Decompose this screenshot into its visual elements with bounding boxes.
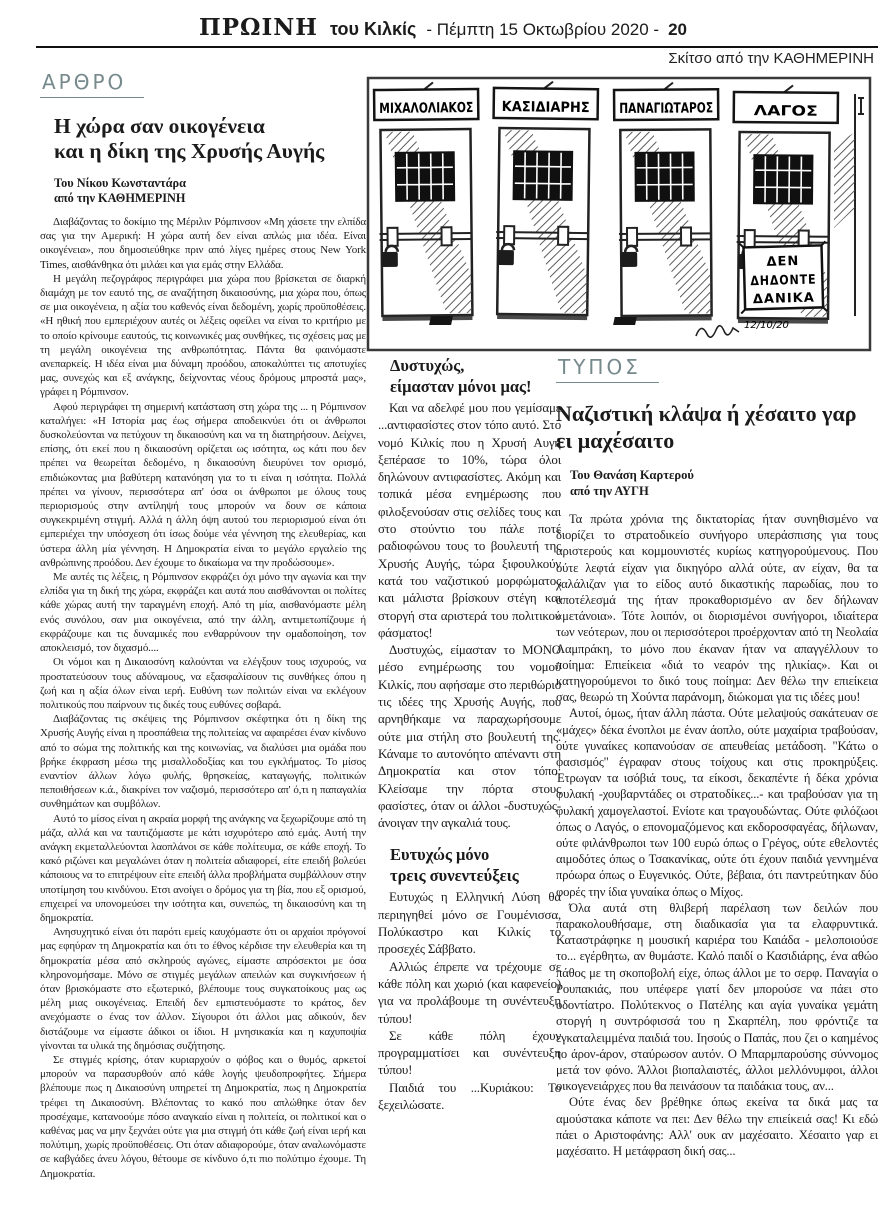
left-article-title: Η χώρα σαν οικογένεια και η δίκη της Χρυ… <box>54 114 366 164</box>
title-line: Δυστυχώς, <box>390 356 464 375</box>
article-paragraph: Παιδιά του ...Κυριάκου: Το ξεχειλώσατε. <box>378 1079 561 1114</box>
barred-window <box>753 154 813 205</box>
issue-date: - Πέμπτη 15 Οκτωβρίου 2020 - <box>426 20 659 39</box>
article-paragraph: Διαβάζοντας το δοκίμιο της Μέριλιν Ρόμπι… <box>40 215 366 272</box>
cell-door-panagiotaros: ΠΑΝΑΓΙΩΤΑΡΟΣ <box>614 82 720 321</box>
article-paragraph: Αφού περιγράφει τη σημερινή κατάσταση στ… <box>40 400 366 570</box>
title-line: ει μαχέσαιτο <box>556 428 674 453</box>
bar-bracket <box>387 228 397 246</box>
bar-bracket <box>627 228 637 246</box>
article-paragraph: Αυτό το μίσος είναι η ακραία μορφή της α… <box>40 812 366 926</box>
padlock-icon <box>382 252 398 267</box>
right-article-body: Τα πρώτα χρόνια της δικτατορίας ήταν συν… <box>556 511 878 1159</box>
article-paragraph: Και να αδελφέ μου που γεμίσαμε ...αντιφα… <box>378 399 561 641</box>
title-line: και η δίκη της Χρυσής Αυγής <box>54 139 324 163</box>
right-article-title: Ναζιστική κλάψα ή χέσαιτο γαρ ει μαχέσαι… <box>556 401 878 454</box>
article-paragraph: Σε κάθε πόλη έχουν προγραμματίσει και συ… <box>378 1027 561 1079</box>
barred-window <box>395 151 456 202</box>
title-line: είμασταν μόνοι μας! <box>390 377 532 396</box>
door-sign: ΔΕΝ ΔΗΔΟΝΤΕ ΔΑΝΙΚΑ <box>739 241 827 313</box>
padlock-icon <box>498 250 514 265</box>
editorial-cartoon: ΜΙΧΑΛΟΛΙΑΚΟΣ ΚΑΣΙΔΙΑΡΗΣ <box>366 76 873 353</box>
right-article-byline: Του Θανάση Καρτερού από την ΑΥΓΗ <box>570 468 878 499</box>
bar-bracket <box>681 227 691 245</box>
title-line: Ναζιστική κλάψα ή χέσαιτο γαρ <box>556 401 857 426</box>
door-label: ΛΑΓΟΣ <box>754 103 818 120</box>
article-paragraph: Η μεγάλη πεζογράφος περιγράφει μια χώρα … <box>40 272 366 400</box>
sign-line: ΔΑΝΙΚΑ <box>753 291 815 308</box>
article-paragraph: Σε στιγμές κρίσης, όταν κυριαρχούν ο φόβ… <box>40 1053 366 1181</box>
cell-door-kasidiaris: ΚΑΣΙΔΙΑΡΗΣ <box>491 81 598 320</box>
article-paragraph: Τα πρώτα χρόνια της δικτατορίας ήταν συν… <box>556 511 878 705</box>
article-paragraph: Αλλιώς έπρεπε να τρέχουμε σε κάθε πόλη κ… <box>378 958 561 1027</box>
article-paragraph: Ανησυχητικό είναι ότι παρότι εμείς καυχό… <box>40 925 366 1053</box>
middle-article2-title: Ευτυχώς μόνο τρεις συνεντεύξεις <box>390 845 561 886</box>
article-paragraph: Με αυτές τις λέξεις, η Ρόμπινσον εκφράζε… <box>40 570 366 655</box>
door-label: ΚΑΣΙΔΙΑΡΗΣ <box>502 99 590 116</box>
right-article: ΤΥΠΟΣ Ναζιστική κλάψα ή χέσαιτο γαρ ει μ… <box>556 355 878 1159</box>
article-paragraph: Ευτυχώς η Ελληνική Λύση θα περιηγηθεί μό… <box>378 888 561 957</box>
sign-line: ΔΕΝ <box>766 254 799 270</box>
door-label: ΜΙΧΑΛΟΛΙΑΚΟΣ <box>379 100 473 117</box>
masthead: ΠΡΩΙΝΗ του Κιλκίς - Πέμπτη 15 Οκτωβρίου … <box>0 14 886 41</box>
bar-bracket <box>558 227 568 245</box>
floor-shadow <box>429 316 453 325</box>
sign-line: ΔΗΔΟΝΤΕ <box>750 273 816 290</box>
section-heading-arthro: ΑΡΘΡΟ <box>40 70 144 98</box>
left-article: ΑΡΘΡΟ Η χώρα σαν οικογένεια και η δίκη τ… <box>40 70 366 1181</box>
cell-door-lagos: ΛΑΓΟΣ ΔΕΝ ΔΗΔΟΝΤΕ ΔΑΝΙΚΑ <box>732 85 838 324</box>
article-paragraph: Όλα αυτά στη θλιβερή παρέλαση των δειλών… <box>556 900 878 1094</box>
newspaper-page: ΠΡΩΙΝΗ του Κιλκίς - Πέμπτη 15 Οκτωβρίου … <box>0 0 886 1205</box>
article-paragraph: Αυτοί, όμως, ήταν άλλη πάστα. Ούτε μελαψ… <box>556 705 878 899</box>
article-paragraph: Διαβάζοντας τις σκέψεις της Ρόμπινσον σκ… <box>40 712 366 811</box>
byline-source: από την ΚΑΘΗΜΕΡΙΝΗ <box>54 191 185 205</box>
middle-column: Δυστυχώς, είμασταν μόνοι μας! Και να αδε… <box>378 356 561 1113</box>
bar-bracket <box>441 227 451 245</box>
title-line: Η χώρα σαν οικογένεια <box>54 114 265 138</box>
signature-date: 12/10/20 <box>744 320 789 331</box>
barred-window <box>513 150 574 201</box>
cell-door-michaloliakos: ΜΙΧΑΛΟΛΙΑΚΟΣ <box>374 82 480 321</box>
title-line: Ευτυχώς μόνο <box>390 845 489 864</box>
barred-window <box>634 151 694 201</box>
door-shadow <box>382 315 472 321</box>
article-paragraph: Δυστυχώς, είμασταν το ΜΟΝΟ μέσο ενημέρωσ… <box>378 641 561 831</box>
section-heading-typos: ΤΥΠΟΣ <box>556 355 659 383</box>
middle-article1-title: Δυστυχώς, είμασταν μόνοι μας! <box>390 356 561 397</box>
left-article-byline: Του Νίκου Κωνσταντάρα από την ΚΑΘΗΜΕΡΙΝΗ <box>54 176 366 206</box>
page-number: 20 <box>668 20 687 39</box>
floor-shadow <box>613 317 637 325</box>
header-rule <box>36 46 878 48</box>
article-paragraph: Ούτε ένας δεν βρέθηκε όπως εκείνα τα δικ… <box>556 1094 878 1159</box>
newspaper-subtitle: του Κιλκίς <box>330 19 416 39</box>
byline-author: Του Νίκου Κωνσταντάρα <box>54 176 186 190</box>
article-paragraph: Οι νόμοι και η Δικαιοσύνη καλούνται να ε… <box>40 655 366 712</box>
bar-bracket <box>745 230 755 248</box>
door-label: ΠΑΝΑΓΙΩΤΑΡΟΣ <box>619 100 713 117</box>
left-article-body: Διαβάζοντας το δοκίμιο της Μέριλιν Ρόμπι… <box>40 215 366 1181</box>
cartoon-caption: Σκίτσο από την ΚΑΘΗΜΕΡΙΝΗ <box>668 50 874 67</box>
bar-bracket <box>504 226 514 244</box>
newspaper-title: ΠΡΩΙΝΗ <box>199 14 318 41</box>
title-line: τρεις συνεντεύξεις <box>390 866 519 885</box>
byline-author: Του Θανάση Καρτερού <box>570 468 694 482</box>
padlock-icon <box>621 252 637 267</box>
byline-source: από την ΑΥΓΗ <box>570 484 649 498</box>
